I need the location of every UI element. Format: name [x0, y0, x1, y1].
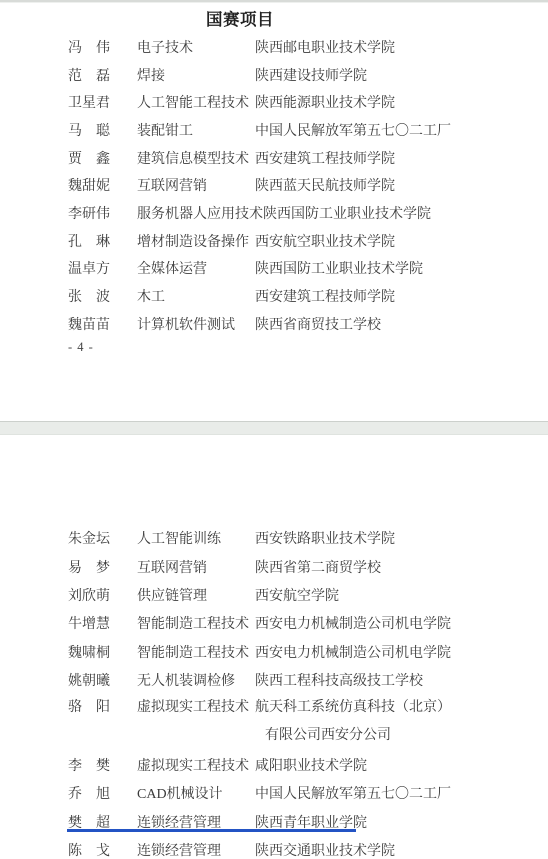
table-row: 温卓方 全媒体运营 陕西国防工业职业技术学院 — [0, 255, 548, 283]
person-name: 孔 琳 — [68, 231, 110, 251]
person-name: 冯 伟 — [68, 37, 110, 57]
person-name: 陈 戈 — [68, 840, 110, 859]
person-name: 朱金坛 — [68, 528, 110, 548]
project-name: 互联网营销 — [137, 557, 255, 577]
project-name: 虚拟现实工程技术 — [137, 755, 255, 775]
table-row: 孔 琳 增材制造设备操作 西安航空职业技术学院 — [0, 227, 548, 255]
table-row: 范 磊 焊接 陕西建设技师学院 — [0, 61, 548, 89]
institution-name: 西安航空职业技术学院 — [255, 231, 548, 251]
project-name: 焊接 — [137, 65, 255, 85]
person-name: 魏甜妮 — [68, 175, 110, 195]
institution-name: 陕西工程科技高级技工学校 — [255, 670, 548, 690]
page-title: 国赛项目 — [0, 9, 480, 31]
person-name: 骆 阳 — [68, 694, 110, 722]
institution-name: 西安电力机械制造公司机电学院 — [255, 642, 548, 662]
institution-name: 航天科工系统仿真科技（北京）有限公司西安分公司 — [255, 694, 548, 751]
table-row: 朱金坛 人工智能训练 西安铁路职业技术学院 — [0, 524, 548, 552]
institution-name: 西安建筑工程技师学院 — [255, 148, 548, 168]
project-name: 电子技术 — [137, 37, 255, 57]
person-name: 刘欣萌 — [68, 585, 110, 605]
project-name: 增材制造设备操作 — [137, 231, 255, 251]
table-row: 魏啸桐 智能制造工程技术 西安电力机械制造公司机电学院 — [0, 637, 548, 665]
highlight-underline — [67, 829, 356, 832]
person-name: 易 梦 — [68, 557, 110, 577]
institution-name: 陕西国防工业职业技术学院 — [263, 203, 548, 223]
person-name: 牛增慧 — [68, 613, 110, 633]
roster-list-page2: 朱金坛 人工智能训练 西安铁路职业技术学院 易 梦 互联网营销 陕西省第二商贸学… — [0, 524, 548, 859]
project-name: 建筑信息模型技术 — [137, 148, 255, 168]
institution-name: 陕西省商贸技工学校 — [255, 314, 548, 334]
institution-name: 中国人民解放军第五七〇二工厂 — [255, 120, 548, 140]
project-name: 全媒体运营 — [137, 258, 255, 278]
person-name: 李研伟 — [68, 203, 110, 223]
institution-name: 陕西蓝天民航技师学院 — [255, 175, 548, 195]
project-name: 连锁经营管理 — [137, 840, 255, 859]
table-row: 乔 旭 CAD机械设计 中国人民解放军第五七〇二工厂 — [0, 779, 548, 807]
table-row: 李 樊 虚拟现实工程技术 咸阳职业技术学院 — [0, 751, 548, 779]
roster-list-page1: 冯 伟 电子技术 陕西邮电职业技术学院 范 磊 焊接 陕西建设技师学院 卫星君 … — [0, 33, 548, 338]
institution-name: 中国人民解放军第五七〇二工厂 — [255, 783, 548, 803]
person-name: 魏啸桐 — [68, 642, 110, 662]
person-name: 魏苗苗 — [68, 314, 110, 334]
page-number: - 4 - — [0, 340, 548, 355]
project-name: CAD机械设计 — [137, 783, 255, 803]
project-name: 服务机器人应用技术 — [137, 203, 263, 223]
institution-name: 陕西国防工业职业技术学院 — [255, 258, 548, 278]
document-page-2: 朱金坛 人工智能训练 西安铁路职业技术学院 易 梦 互联网营销 陕西省第二商贸学… — [0, 435, 548, 859]
table-row: 骆 阳 虚拟现实工程技术 航天科工系统仿真科技（北京）有限公司西安分公司 — [0, 694, 548, 751]
project-name: 智能制造工程技术 — [137, 613, 255, 633]
table-row: 魏甜妮 互联网营销 陕西蓝天民航技师学院 — [0, 171, 548, 199]
institution-name-line2: 有限公司西安分公司 — [255, 722, 548, 750]
document-page-1: 国赛项目 冯 伟 电子技术 陕西邮电职业技术学院 范 磊 焊接 陕西建设技师学院… — [0, 3, 548, 421]
project-name: 智能制造工程技术 — [137, 642, 255, 662]
person-name: 姚朝曦 — [68, 670, 110, 690]
institution-name: 西安航空学院 — [255, 585, 548, 605]
institution-name: 西安电力机械制造公司机电学院 — [255, 613, 548, 633]
table-row: 易 梦 互联网营销 陕西省第二商贸学校 — [0, 552, 548, 580]
institution-name: 陕西省第二商贸学校 — [255, 557, 548, 577]
table-row: 牛增慧 智能制造工程技术 西安电力机械制造公司机电学院 — [0, 609, 548, 637]
table-row: 张 波 木工 西安建筑工程技师学院 — [0, 282, 548, 310]
institution-name: 陕西能源职业技术学院 — [255, 92, 548, 112]
person-name: 范 磊 — [68, 65, 110, 85]
table-row: 马 聪 装配钳工 中国人民解放军第五七〇二工厂 — [0, 116, 548, 144]
table-row: 姚朝曦 无人机装调检修 陕西工程科技高级技工学校 — [0, 666, 548, 694]
person-name: 乔 旭 — [68, 783, 110, 803]
project-name: 互联网营销 — [137, 175, 255, 195]
table-row: 卫星君 人工智能工程技术 陕西能源职业技术学院 — [0, 88, 548, 116]
project-name: 计算机软件测试 — [137, 314, 255, 334]
page-separator — [0, 421, 548, 435]
person-name: 贾 鑫 — [68, 148, 110, 168]
project-name: 人工智能工程技术 — [137, 92, 255, 112]
project-name: 无人机装调检修 — [137, 670, 255, 690]
institution-name: 西安铁路职业技术学院 — [255, 528, 548, 548]
person-name: 李 樊 — [68, 755, 110, 775]
person-name: 马 聪 — [68, 120, 110, 140]
table-row: 李研伟 服务机器人应用技术 陕西国防工业职业技术学院 — [0, 199, 548, 227]
person-name: 卫星君 — [68, 92, 110, 112]
table-row: 陈 戈 连锁经营管理 陕西交通职业技术学院 — [0, 836, 548, 859]
project-name: 虚拟现实工程技术 — [137, 694, 255, 722]
project-name: 人工智能训练 — [137, 528, 255, 548]
table-row: 魏苗苗 计算机软件测试 陕西省商贸技工学校 — [0, 310, 548, 338]
table-row: 贾 鑫 建筑信息模型技术 西安建筑工程技师学院 — [0, 144, 548, 172]
institution-name: 陕西交通职业技术学院 — [255, 840, 548, 859]
institution-name: 陕西邮电职业技术学院 — [255, 37, 548, 57]
institution-name: 西安建筑工程技师学院 — [255, 286, 548, 306]
project-name: 木工 — [137, 286, 255, 306]
project-name: 供应链管理 — [137, 585, 255, 605]
person-name: 张 波 — [68, 286, 110, 306]
table-row: 冯 伟 电子技术 陕西邮电职业技术学院 — [0, 33, 548, 61]
institution-name: 咸阳职业技术学院 — [255, 755, 548, 775]
person-name: 温卓方 — [68, 258, 110, 278]
table-row: 刘欣萌 供应链管理 西安航空学院 — [0, 581, 548, 609]
institution-name: 陕西建设技师学院 — [255, 65, 548, 85]
project-name: 装配钳工 — [137, 120, 255, 140]
